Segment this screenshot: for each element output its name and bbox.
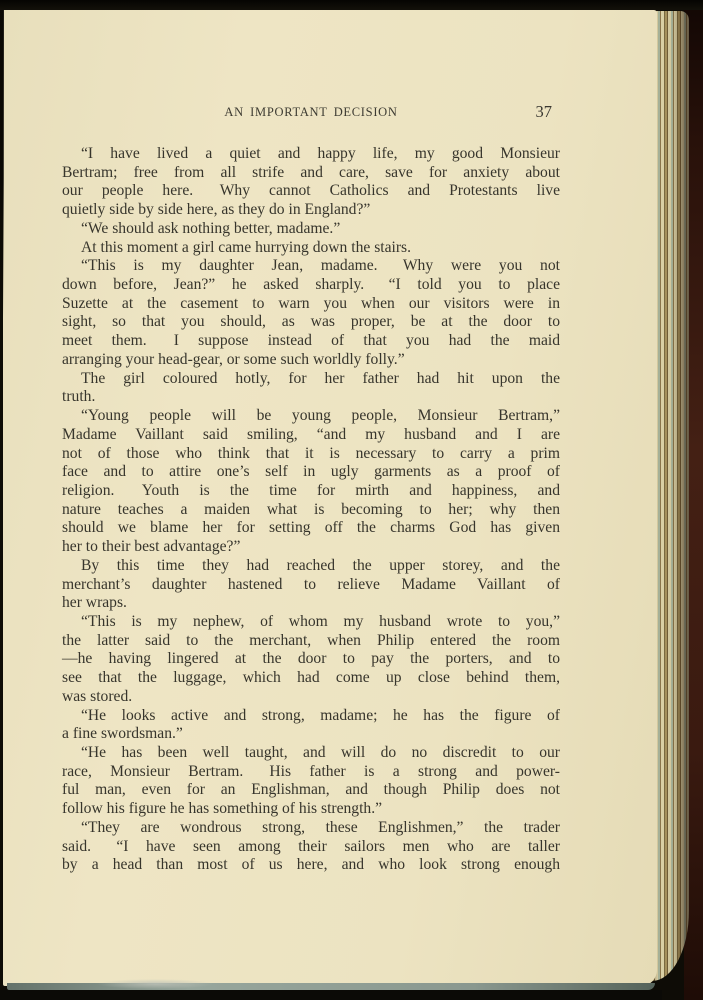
text-line: Madame Vaillant said smiling, “and my hu… — [62, 426, 560, 445]
text-line: her to their best advantage?” — [62, 538, 560, 557]
text-line: was stored. — [62, 688, 560, 707]
text-line: “I have lived a quiet and happy life, my… — [62, 145, 560, 164]
text-line: race, Monsieur Bertram. His father is a … — [62, 763, 560, 782]
text-line: arranging your head-gear, or some such w… — [62, 351, 560, 370]
text-line: her wraps. — [62, 594, 560, 613]
text-line: The girl coloured hotly, for her father … — [62, 370, 560, 389]
text-line: ful man, even for an Englishman, and tho… — [62, 781, 560, 800]
page-header: AN IMPORTANT DECISION 37 — [62, 105, 560, 120]
text-line: should we blame her for setting off the … — [62, 519, 560, 538]
text-line: not of those who think that it is necess… — [62, 445, 560, 464]
running-title: AN IMPORTANT DECISION — [224, 105, 397, 119]
text-line: face and to attire one’s self in ugly ga… — [62, 463, 560, 482]
text-line: said. “I have seen among their sailors m… — [62, 838, 560, 857]
text-line: meet them. I suppose instead of that you… — [62, 332, 560, 351]
text-line: Bertram; free from all strife and care, … — [62, 164, 560, 183]
text-line: “This is my nephew, of whom my husband w… — [62, 613, 560, 632]
text-line: “This is my daughter Jean, madame. Why w… — [62, 257, 560, 276]
text-line: follow his figure he has something of hi… — [62, 800, 560, 819]
bottom-shadow — [0, 990, 662, 1000]
text-line: At this moment a girl came hurrying down… — [62, 239, 560, 258]
page-number: 37 — [536, 102, 553, 122]
text-line: quietly side by side here, as they do in… — [62, 201, 560, 220]
left-page-edge-shadow — [0, 8, 4, 318]
text-line: by a head than most of us here, and who … — [62, 856, 560, 875]
text-line: —he having lingered at the door to pay t… — [62, 650, 560, 669]
top-shadow — [0, 0, 703, 10]
text-line: sight, so that you should, as was proper… — [62, 313, 560, 332]
scanned-book-photo: AN IMPORTANT DECISION 37 “I have lived a… — [0, 0, 703, 1000]
text-line: “They are wondrous strong, these English… — [62, 819, 560, 838]
text-line: “He looks active and strong, madame; he … — [62, 707, 560, 726]
page-edge-stack — [652, 11, 689, 981]
text-line: “We should ask nothing better, madame.” — [62, 220, 560, 239]
text-line: religion. Youth is the time for mirth an… — [62, 482, 560, 501]
text-line: the latter said to the merchant, when Ph… — [62, 632, 560, 651]
text-line: our people here. Why cannot Catholics an… — [62, 182, 560, 201]
text-line: a fine swordsman.” — [62, 725, 560, 744]
text-line: “He has been well taught, and will do no… — [62, 744, 560, 763]
text-line: nature teaches a maiden what is becoming… — [62, 501, 560, 520]
text-line: merchant’s daughter hastened to relieve … — [62, 576, 560, 595]
bottom-smudge — [98, 979, 213, 989]
text-line: By this time they had reached the upper … — [62, 557, 560, 576]
text-line: Suzette at the casement to warn you when… — [62, 295, 560, 314]
text-line: down before, Jean?” he asked sharply. “I… — [62, 276, 560, 295]
text-line: “Young people will be young people, Mons… — [62, 407, 560, 426]
body-text: “I have lived a quiet and happy life, my… — [62, 145, 560, 875]
text-line: see that the luggage, which had come up … — [62, 669, 560, 688]
text-line: truth. — [62, 388, 560, 407]
